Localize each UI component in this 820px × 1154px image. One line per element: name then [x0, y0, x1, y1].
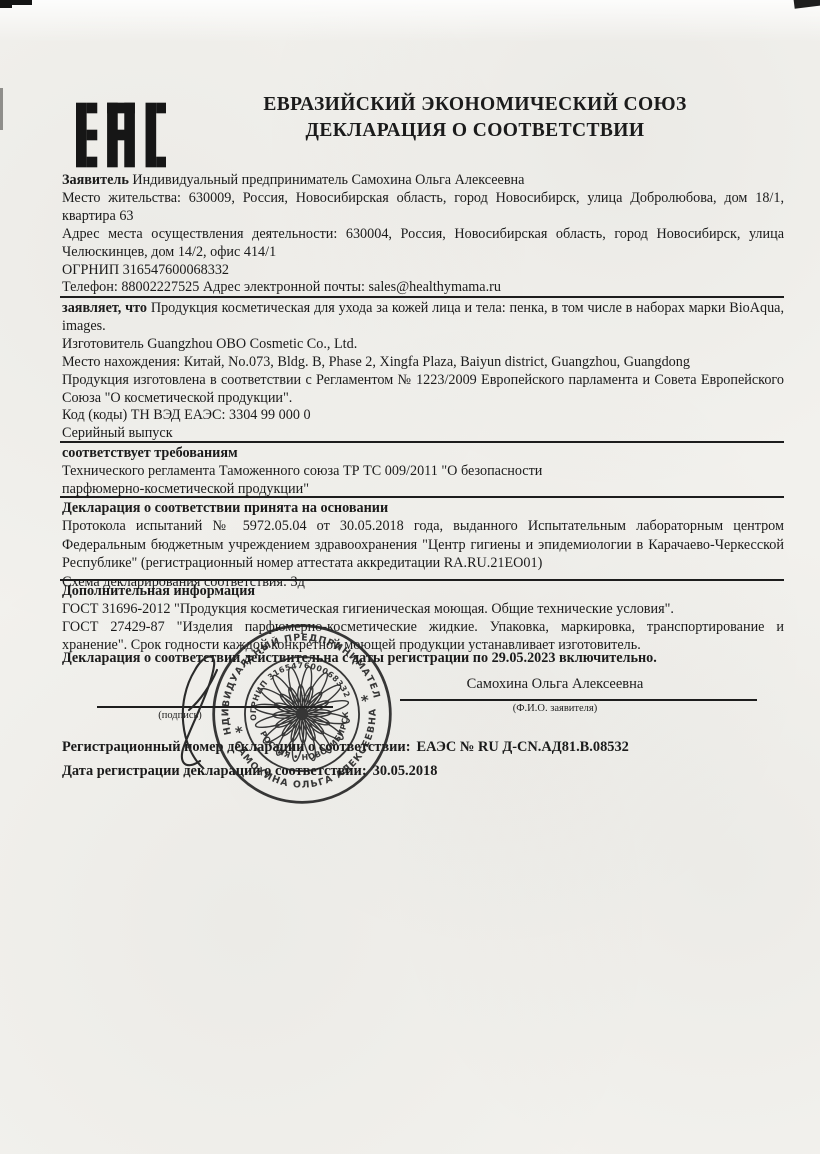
section-divider-1	[60, 296, 784, 298]
tnved-code: Код (коды) ТН ВЭД ЕАЭС: 3304 99 000 0	[62, 407, 784, 425]
basis-protocol: Протокола испытаний № 5972.05.04 от 30.0…	[62, 517, 784, 572]
applicant-ogrnip: ОГРНИП 316547600068332	[62, 262, 784, 280]
fio-caption: (Ф.И.О. заявителя)	[400, 703, 710, 714]
section-divider-2	[60, 441, 784, 443]
product-section: заявляет, что Продукция косметическая дл…	[62, 300, 784, 443]
registration-number-value: ЕАЭС № RU Д-CN.АД81.В.08532	[417, 739, 629, 755]
declaration-document: ЕВРАЗИЙСКИЙ ЭКОНОМИЧЕСКИЙ СОЮЗ ДЕКЛАРАЦИ…	[0, 0, 820, 1154]
applicant-label: Заявитель	[62, 172, 129, 188]
product-description: Продукция косметическая для ухода за кож…	[62, 300, 784, 334]
scan-artifact-left-edge	[0, 88, 3, 130]
eac-logo-icon	[76, 96, 166, 174]
document-title: ЕВРАЗИЙСКИЙ ЭКОНОМИЧЕСКИЙ СОЮЗ ДЕКЛАРАЦИ…	[168, 92, 782, 144]
basis-heading: Декларация о соответствии принята на осн…	[62, 499, 784, 517]
fio-line	[400, 699, 757, 701]
title-declaration: ДЕКЛАРАЦИЯ О СООТВЕТСТВИИ	[168, 118, 782, 144]
applicant-fio: Самохина Ольга Алексеевна	[400, 676, 710, 693]
stamp-star-right: *	[360, 692, 372, 710]
compliance-heading: соответствует требованиям	[62, 445, 784, 463]
additional-heading: Дополнительная информация	[62, 582, 784, 600]
applicant-contacts: Телефон: 88002227525 Адрес электронной п…	[62, 279, 784, 297]
applicant-name: Индивидуальный предприниматель Самохина …	[132, 172, 524, 188]
round-stamp: ИНДИВИДУАЛЬНЫЙ ПРЕДПРИНИМАТЕЛЬ САМОХИНА …	[210, 622, 394, 806]
gost-1: ГОСТ 31696-2012 "Продукция косметическая…	[62, 600, 784, 618]
scan-artifact-top-left-2	[0, 5, 12, 8]
manufacturer: Изготовитель Guangzhou OBO Cosmetic Co.,…	[62, 336, 784, 354]
basis-section: Декларация о соответствии принята на осн…	[62, 499, 784, 591]
stamp-star-left: *	[234, 723, 246, 741]
compliance-line1: Технического регламента Таможенного союз…	[62, 463, 784, 481]
regulation-reference: Продукция изготовлена в соответствии с Р…	[62, 372, 784, 408]
manufacturer-location: Место нахождения: Китай, No.073, Bldg. B…	[62, 354, 784, 372]
section-divider-4	[60, 579, 784, 581]
applicant-section: Заявитель Индивидуальный предприниматель…	[62, 172, 784, 297]
compliance-section: соответствует требованиям Технического р…	[62, 445, 784, 499]
title-union: ЕВРАЗИЙСКИЙ ЭКОНОМИЧЕСКИЙ СОЮЗ	[168, 92, 782, 118]
declares-label: заявляет, что	[62, 300, 147, 316]
section-divider-3	[60, 496, 784, 498]
scan-artifact-top-right	[794, 0, 820, 9]
applicant-residence: Место жительства: 630009, Россия, Новоси…	[62, 190, 784, 226]
applicant-activity-address: Адрес места осуществления деятельности: …	[62, 226, 784, 262]
